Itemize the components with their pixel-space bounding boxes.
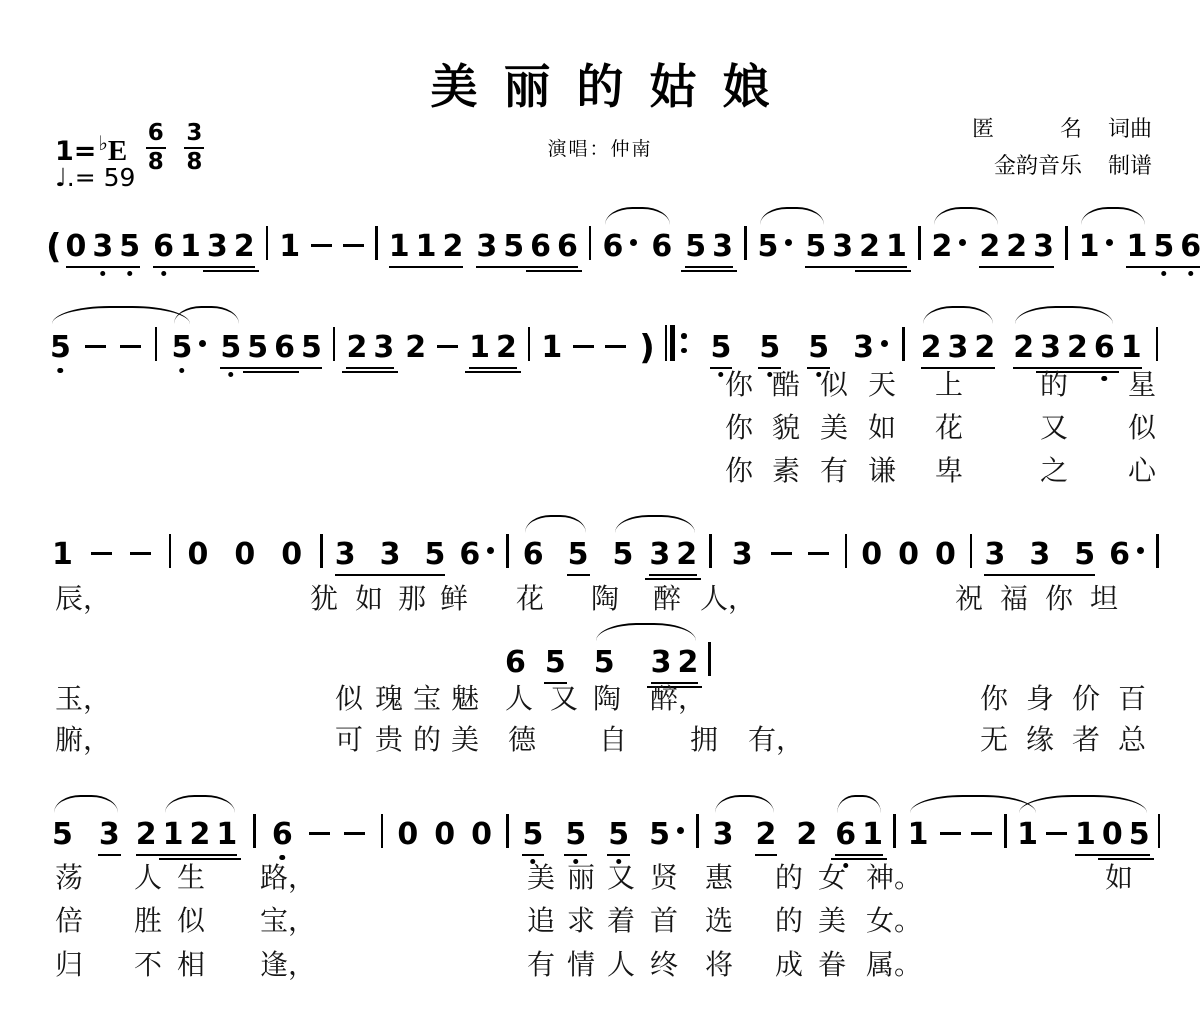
- credit-row-authors: 匿 名 词曲: [972, 110, 1152, 147]
- lyric-char: 归: [55, 950, 83, 982]
- barline: [970, 534, 973, 568]
- note-2: 2: [676, 539, 697, 571]
- lyric-char: 如: [1105, 863, 1133, 895]
- note-5: 5: [685, 231, 706, 263]
- note-2: 2: [859, 231, 880, 263]
- note-5: 5: [1129, 819, 1150, 851]
- duration-dash: [344, 832, 365, 835]
- lyric-char: 百: [1118, 684, 1146, 716]
- note-1: 1: [1079, 231, 1100, 263]
- low-octave-dot: [161, 271, 167, 277]
- beamed-group: 5321: [805, 231, 907, 263]
- note-6: 6: [1094, 332, 1115, 364]
- lyric-char: 路，: [260, 863, 316, 895]
- duration-dash: [437, 345, 458, 348]
- note-0: 0: [935, 539, 956, 571]
- note-0: 0: [397, 819, 418, 851]
- lyric-char: 属。: [866, 950, 922, 982]
- barline: [845, 534, 848, 568]
- note-3: 3: [380, 539, 401, 571]
- note-1: 1: [216, 819, 237, 851]
- duration-dash: [85, 345, 106, 348]
- slur: [760, 207, 825, 225]
- note-6: 6: [505, 647, 526, 679]
- note-5: 5: [119, 231, 140, 263]
- duration-dash: [573, 345, 594, 348]
- slur: [174, 306, 240, 324]
- note-3: 3: [649, 539, 670, 571]
- note-2: 2: [136, 819, 157, 851]
- lyric-char: 又: [550, 684, 578, 716]
- beamed-group: 32: [651, 647, 699, 679]
- lyric-char: 美: [818, 906, 846, 938]
- lyric-char: 女。: [866, 906, 922, 938]
- note-5: 5: [1153, 231, 1174, 263]
- low-octave-dot: [100, 271, 106, 277]
- lyric-char: 缘: [1026, 725, 1054, 757]
- meter-numerator: 3: [184, 122, 204, 149]
- lyric-char: 自: [599, 725, 627, 757]
- lyric-char: 宝，: [260, 906, 316, 938]
- note-6: 6: [835, 819, 856, 851]
- repeat-dot: [681, 348, 687, 354]
- note-1: 1: [1121, 332, 1142, 364]
- note-5: 5: [565, 819, 586, 851]
- slur: [165, 795, 235, 813]
- note-3: 3: [1033, 231, 1054, 263]
- note-5: 5: [608, 819, 629, 851]
- repeat-dots: [681, 325, 687, 361]
- note-3: 3: [373, 332, 394, 364]
- note-2: 2: [190, 819, 211, 851]
- duration-dash: [309, 832, 330, 835]
- lyric-char: 丽: [567, 863, 595, 895]
- beamed-group: 335: [335, 539, 446, 571]
- lyric-char: 有，: [748, 725, 804, 757]
- lyric-char: 的: [775, 906, 803, 938]
- lyric-char: 着: [607, 906, 635, 938]
- lyric-char: 似: [820, 370, 848, 402]
- lyric-char: 价: [1072, 684, 1100, 716]
- tempo-marking: ♩.= 59: [55, 163, 135, 192]
- music-fragment: 65532: [505, 620, 711, 679]
- song-title: 美丽的姑娘: [0, 50, 1200, 117]
- note-0: 0: [1102, 819, 1123, 851]
- barline: [375, 226, 378, 260]
- note-2: 2: [979, 231, 1000, 263]
- beamed-group: 232: [921, 332, 996, 364]
- note-0: 0: [187, 539, 208, 571]
- barline: [918, 226, 921, 260]
- slur: [52, 306, 190, 324]
- lyric-char: 宝: [413, 684, 441, 716]
- meter-numerator: 6: [146, 122, 166, 149]
- lyric-char: 胜: [134, 906, 162, 938]
- note-6: 6: [153, 231, 174, 263]
- lyric-char: 那: [398, 584, 426, 616]
- lyrics-row-8: 倍胜似宝，追求着首选的美女。: [0, 906, 1200, 940]
- slur: [923, 306, 993, 324]
- barline: [320, 534, 323, 568]
- note-5: 5: [247, 332, 268, 364]
- flat-icon: ♭: [98, 131, 107, 155]
- slur: [54, 795, 118, 813]
- note-5: 5: [171, 332, 192, 364]
- begin-repeat-icon: [665, 325, 687, 361]
- note-2: 2: [921, 332, 942, 364]
- lyric-char: 酷: [772, 370, 800, 402]
- barline: [902, 327, 905, 361]
- note-5: 5: [503, 231, 524, 263]
- note-1: 1: [389, 231, 410, 263]
- note-2: 2: [234, 231, 255, 263]
- lyric-char: 上: [935, 370, 963, 402]
- beamed-group: 3566: [476, 231, 578, 263]
- note-5: 5: [568, 539, 589, 571]
- beamed-group: 335: [984, 539, 1095, 571]
- note-5: 5: [220, 332, 241, 364]
- slur: [605, 207, 671, 225]
- lyric-char: 相: [177, 950, 205, 982]
- lyric-char: 美: [451, 725, 479, 757]
- note-2: 2: [405, 332, 426, 364]
- credit-role: 制谱: [1108, 147, 1152, 184]
- note-0: 0: [234, 539, 255, 571]
- note-6: 6: [274, 332, 295, 364]
- lyrics-row-4: 辰，犹如那鲜花陶醉人，祝福你坦: [0, 584, 1200, 618]
- lyric-char: 又: [1040, 413, 1068, 445]
- barline: [708, 642, 711, 676]
- lyric-char: 又: [607, 863, 635, 895]
- note-5: 5: [613, 539, 634, 571]
- low-octave-dot: [1161, 271, 1167, 277]
- repeat-thin-bar: [665, 325, 667, 361]
- lyric-char: 你: [980, 684, 1008, 716]
- beamed-group: 12: [469, 332, 517, 364]
- lyric-char: 贵: [375, 725, 403, 757]
- note-6: 6: [523, 539, 544, 571]
- note-5: 5: [50, 332, 71, 364]
- note-2: 2: [442, 231, 463, 263]
- lyric-char: 如: [355, 584, 383, 616]
- note-6: 6: [530, 231, 551, 263]
- duration-dash: [808, 552, 829, 555]
- barline: [1156, 327, 1159, 361]
- lyric-char: 的: [1040, 370, 1068, 402]
- note-2: 2: [1013, 332, 1034, 364]
- barline: [169, 534, 172, 568]
- barline: [696, 814, 699, 848]
- lyric-char: 卑: [935, 456, 963, 488]
- lyric-char: 醉: [653, 584, 681, 616]
- lyric-char: 辰，: [55, 584, 111, 616]
- note-2: 2: [1006, 231, 1027, 263]
- meter-6-8: 6 8: [146, 122, 166, 174]
- beamed-group: 112: [389, 231, 464, 263]
- barline: [266, 226, 269, 260]
- lyric-char: 你: [725, 370, 753, 402]
- note-5: 5: [759, 332, 780, 364]
- lyric-char: 似: [177, 906, 205, 938]
- lyric-char: 惠: [705, 863, 733, 895]
- note-3: 3: [207, 231, 228, 263]
- lyric-char: 荡: [55, 863, 83, 895]
- lyric-char: 如: [868, 413, 896, 445]
- slur: [837, 795, 881, 813]
- note-2: 2: [496, 332, 517, 364]
- repeat-thick-bar: [670, 325, 675, 361]
- augmentation-dot: [959, 239, 966, 246]
- note-3: 3: [651, 647, 672, 679]
- barline: [155, 327, 158, 361]
- credit-role: 词曲: [1108, 110, 1152, 147]
- duration-dash: [971, 832, 992, 835]
- note-2: 2: [346, 332, 367, 364]
- augmentation-dot: [881, 340, 888, 347]
- note-3: 3: [99, 819, 120, 851]
- note-0: 0: [281, 539, 302, 571]
- music-line4: 532121600055553226111105: [52, 792, 1160, 851]
- note-1: 1: [279, 231, 300, 263]
- barline: [506, 814, 509, 848]
- note-2: 2: [1067, 332, 1088, 364]
- augmentation-dot: [199, 340, 206, 347]
- slur: [1015, 306, 1112, 324]
- music-line3: 100033566553230003356: [52, 512, 1159, 571]
- beamed-group: 6132: [153, 231, 255, 263]
- lyrics-row-2: 你貌美如花又似: [0, 413, 1200, 447]
- note-3: 3: [853, 332, 874, 364]
- note-1: 1: [1126, 231, 1147, 263]
- barline: [893, 814, 896, 848]
- augmentation-dot: [785, 239, 792, 246]
- lyric-char: 美: [527, 863, 555, 895]
- lyric-char: 贤: [650, 863, 678, 895]
- lyric-char: 花: [516, 584, 544, 616]
- lyrics-row-1: 你酷似天上的星: [0, 370, 1200, 404]
- lyric-char: 祝: [955, 584, 983, 616]
- credit-name: 金韵音乐: [994, 147, 1082, 184]
- note-6: 6: [272, 819, 293, 851]
- barline: [333, 327, 336, 361]
- low-octave-dot: [1188, 271, 1194, 277]
- low-octave-dot: [280, 855, 286, 861]
- barline: [1065, 226, 1068, 260]
- lyric-char: 瑰: [375, 684, 403, 716]
- lyric-char: 德: [508, 725, 536, 757]
- lyric-char: 生: [177, 863, 205, 895]
- note-0: 0: [66, 231, 87, 263]
- lyric-char: 陶: [593, 684, 621, 716]
- lyric-char: 你: [725, 413, 753, 445]
- note-5: 5: [301, 332, 322, 364]
- lyric-char: 神。: [866, 863, 922, 895]
- note-0: 0: [898, 539, 919, 571]
- barline: [253, 814, 256, 848]
- lyric-char: 你: [725, 456, 753, 488]
- note-0: 0: [471, 819, 492, 851]
- lyric-char: 求: [567, 906, 595, 938]
- duration-dash: [343, 244, 364, 247]
- beamed-group: 53: [685, 231, 733, 263]
- low-octave-dot: [127, 271, 133, 277]
- lyric-char: 素: [772, 456, 800, 488]
- lyrics-row-9: 归不相逢，有情人终将成眷属。: [0, 950, 1200, 984]
- note-3: 3: [476, 231, 497, 263]
- note-5: 5: [523, 819, 544, 851]
- lyric-char: 魅: [451, 684, 479, 716]
- note-6: 6: [1109, 539, 1130, 571]
- duration-dash: [771, 552, 792, 555]
- barline: [528, 327, 531, 361]
- lyric-char: 玉，: [55, 684, 111, 716]
- note-1: 1: [163, 819, 184, 851]
- note-5: 5: [424, 539, 445, 571]
- sheet-music-page: { "page": {"bg": "#ffffff", "ink": "#000…: [0, 0, 1200, 1018]
- beamed-group: 23261: [1013, 332, 1141, 364]
- meter-denominator: 8: [146, 149, 166, 174]
- barline: [589, 226, 592, 260]
- duration-dash: [940, 832, 961, 835]
- beamed-group: 61: [835, 819, 883, 851]
- note-5: 5: [711, 332, 732, 364]
- lyric-char: 选: [705, 906, 733, 938]
- duration-dash: [130, 552, 151, 555]
- lyric-char: 者: [1072, 725, 1100, 757]
- lyric-char: 总: [1118, 725, 1146, 757]
- note-1: 1: [416, 231, 437, 263]
- note-1: 1: [1017, 819, 1038, 851]
- note-3: 3: [1040, 332, 1061, 364]
- note-5: 5: [808, 332, 829, 364]
- lyric-char: 女: [818, 863, 846, 895]
- augmentation-dot: [1137, 547, 1144, 554]
- note-2: 2: [974, 332, 995, 364]
- beamed-group: 223: [979, 231, 1054, 263]
- note-6: 6: [1180, 231, 1200, 263]
- barline: [506, 534, 509, 568]
- lyric-char: 人: [607, 950, 635, 982]
- lyric-char: 逢，: [260, 950, 316, 982]
- slur: [596, 623, 696, 641]
- credit-name: 匿 名: [972, 110, 1082, 147]
- lyric-char: 拥: [690, 725, 718, 757]
- note-6: 6: [602, 231, 623, 263]
- music-line1: (035613211123566665355321222311566: [46, 204, 1200, 263]
- note-0: 0: [861, 539, 882, 571]
- note-6: 6: [557, 231, 578, 263]
- lyric-char: 成: [775, 950, 803, 982]
- barline: [381, 814, 384, 848]
- beamed-group: 035: [66, 231, 141, 263]
- lyric-char: 不: [134, 950, 162, 982]
- note-1: 1: [886, 231, 907, 263]
- note-5: 5: [1074, 539, 1095, 571]
- barline: [744, 226, 747, 260]
- meter-denominator: 8: [184, 149, 204, 174]
- note-3: 3: [92, 231, 113, 263]
- note-6: 6: [459, 539, 480, 571]
- note-1: 1: [1075, 819, 1096, 851]
- lyric-char: 谦: [868, 456, 896, 488]
- note-2: 2: [796, 819, 817, 851]
- lyric-char: 星: [1128, 370, 1156, 402]
- lyric-char: 之: [1040, 456, 1068, 488]
- lyric-char: 人: [134, 863, 162, 895]
- lyric-char: 天: [868, 370, 896, 402]
- lyric-char: 福: [1000, 584, 1028, 616]
- duration-dash: [311, 244, 332, 247]
- slur: [1019, 795, 1147, 813]
- lyric-char: 美: [820, 413, 848, 445]
- beamed-group: 2121: [136, 819, 238, 851]
- beamed-group: 1566: [1126, 231, 1200, 263]
- beamed-group: 105: [1075, 819, 1150, 851]
- credits: 匿 名 词曲 金韵音乐 制谱: [972, 110, 1152, 184]
- beamed-group: 5565: [220, 332, 322, 364]
- note-0: 0: [434, 819, 455, 851]
- lyric-char: 的: [413, 725, 441, 757]
- note-1: 1: [862, 819, 883, 851]
- lyric-char: 将: [705, 950, 733, 982]
- note-5: 5: [649, 819, 670, 851]
- slur: [1081, 207, 1146, 225]
- barline: [709, 534, 712, 568]
- lyric-char: 坦: [1090, 584, 1118, 616]
- lyric-char: 似: [335, 684, 363, 716]
- duration-dash: [1046, 832, 1067, 835]
- augmentation-dot: [1106, 239, 1113, 246]
- slur: [934, 207, 999, 225]
- close-paren: ): [639, 332, 655, 364]
- lyric-char: 眷: [818, 950, 846, 982]
- note-1: 1: [541, 332, 562, 364]
- note-3: 3: [1029, 539, 1050, 571]
- lyric-char: 可: [335, 725, 363, 757]
- lyric-char: 无: [980, 725, 1008, 757]
- lyric-char: 陶: [591, 584, 619, 616]
- lyric-char: 心: [1128, 456, 1156, 488]
- augmentation-dot: [677, 827, 684, 834]
- lyric-char: 犹: [310, 584, 338, 616]
- lyrics-row-3: 你素有谦卑之心: [0, 456, 1200, 490]
- note-6: 6: [651, 231, 672, 263]
- lyric-char: 貌: [772, 413, 800, 445]
- credit-row-transcriber: 金韵音乐 制谱: [972, 147, 1152, 184]
- note-1: 1: [908, 819, 929, 851]
- note-2: 2: [932, 231, 953, 263]
- note-3: 3: [732, 539, 753, 571]
- note-1: 1: [180, 231, 201, 263]
- lyric-char: 倍: [55, 906, 83, 938]
- lyric-char: 首: [650, 906, 678, 938]
- note-5: 5: [52, 819, 73, 851]
- note-5: 5: [805, 231, 826, 263]
- lyrics-row-7: 荡人生路，美丽又贤惠的女神。如: [0, 863, 1200, 897]
- note-3: 3: [832, 231, 853, 263]
- note-2: 2: [756, 819, 777, 851]
- slur: [715, 795, 775, 813]
- duration-dash: [120, 345, 141, 348]
- barline: [1158, 814, 1161, 848]
- beamed-group: 23: [346, 332, 394, 364]
- open-paren: (: [46, 231, 62, 263]
- lyric-char: 有: [820, 456, 848, 488]
- note-1: 1: [52, 539, 73, 571]
- lyric-char: 人: [505, 684, 533, 716]
- augmentation-dot: [630, 239, 637, 246]
- beamed-group: 32: [649, 539, 697, 571]
